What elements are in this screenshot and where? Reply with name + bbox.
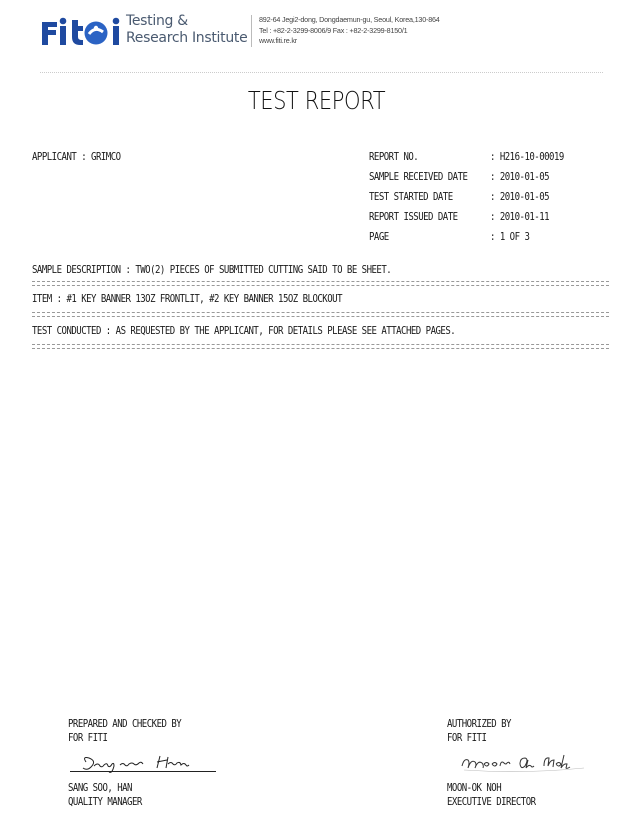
- test-conducted: TEST CONDUCTED : AS REQUESTED BY THE APP…: [32, 325, 455, 337]
- prepared-position: QUALITY MANAGER: [68, 796, 142, 808]
- applicant: APPLICANT : GRIMCO: [32, 151, 121, 163]
- sample-description: SAMPLE DESCRIPTION : TWO(2) PIECES OF SU…: [32, 264, 391, 276]
- page-value: : 1 OF 3: [490, 231, 529, 243]
- authorized-name: MOON-OK NOH: [447, 782, 501, 794]
- institute-name-line1: Testing &: [126, 13, 247, 30]
- contact-block: 892-64 Jegi2-dong, Dongdaemun-gu, Seoul,…: [259, 15, 440, 47]
- section-rule: [32, 281, 609, 286]
- signature-noh: [458, 752, 588, 774]
- report-no-label: REPORT NO.: [369, 151, 418, 163]
- sample-received-value: : 2010-01-05: [490, 171, 549, 183]
- prepared-name: SANG SOO, HAN: [68, 782, 132, 794]
- test-started-value: : 2010-01-05: [490, 191, 549, 203]
- signature-line: [70, 771, 216, 772]
- page-title: TEST REPORT: [51, 86, 583, 115]
- section-rule: [32, 344, 609, 349]
- sample-received-label: SAMPLE RECEIVED DATE: [369, 171, 467, 183]
- website: www.fiti.re.kr: [259, 36, 440, 47]
- address: 892-64 Jegi2-dong, Dongdaemun-gu, Seoul,…: [259, 15, 440, 26]
- report-no-value: : H216-10-00019: [490, 151, 564, 163]
- institute-name: Testing & Research Institute: [126, 13, 247, 47]
- fiti-logo: [40, 12, 122, 48]
- authorized-org: FOR FITI: [447, 732, 486, 744]
- report-issued-label: REPORT ISSUED DATE: [369, 211, 458, 223]
- prepared-org: FOR FITI: [68, 732, 107, 744]
- institute-name-line2: Research Institute: [126, 30, 247, 47]
- header-separator: [40, 72, 603, 73]
- item-description: ITEM : #1 KEY BANNER 13OZ FRONTLIT, #2 K…: [32, 293, 342, 305]
- test-started-label: TEST STARTED DATE: [369, 191, 453, 203]
- page-label: PAGE: [369, 231, 389, 243]
- report-issued-value: : 2010-01-11: [490, 211, 549, 223]
- authorized-position: EXECUTIVE DIRECTOR: [447, 796, 536, 808]
- authorized-heading: AUTHORIZED BY: [447, 718, 511, 730]
- section-rule: [32, 312, 609, 317]
- phone-fax: Tel : +82-2-3299-8006/9 Fax : +82-2-3299…: [259, 26, 440, 37]
- header-divider: [251, 15, 252, 47]
- prepared-heading: PREPARED AND CHECKED BY: [68, 718, 181, 730]
